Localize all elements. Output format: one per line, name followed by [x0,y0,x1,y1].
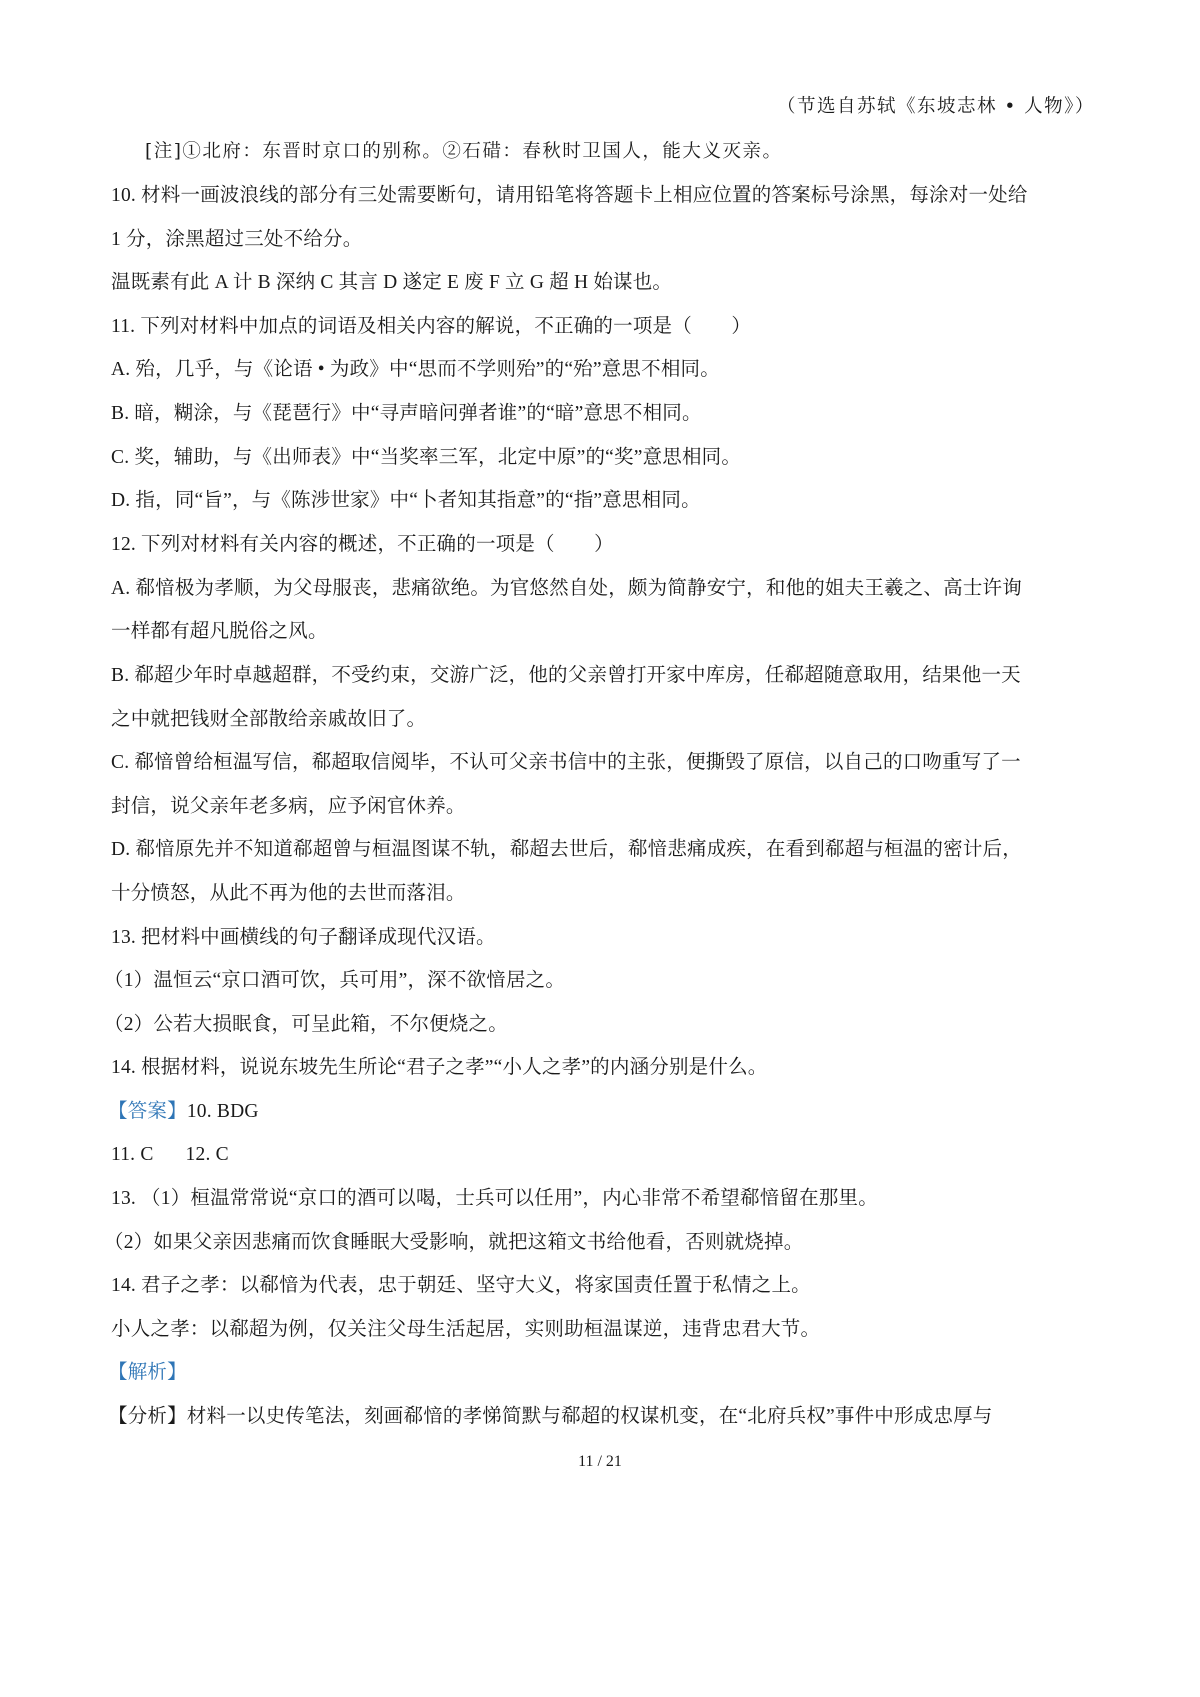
question-12-option-a-line1: A. 郗愔极为孝顺，为父母服丧，悲痛欲绝。为官悠然自处，颇为简静安宁，和他的姐夫… [111,576,1022,602]
question-12-option-a-line2: 一样都有超凡脱俗之风。 [111,619,328,645]
answer-q14-line2: 小人之孝：以郗超为例，仅关注父母生活起居，实则助桓温谋逆，违背忠君大节。 [111,1317,820,1343]
question-12-option-b-line2: 之中就把钱财全部散给亲戚故旧了。 [111,707,426,733]
question-10-stem-line2: 1 分，涂黑超过三处不给分。 [111,227,362,253]
analysis-line1: 【分析】材料一以史传笔法，刻画郗愔的孝悌简默与郗超的权谋机变，在“北府兵权”事件… [108,1404,993,1430]
answer-q13-1: 13. （1）桓温常常说“京口的酒可以喝，士兵可以任用”，内心非常不希望郗愔留在… [111,1186,878,1212]
question-11-option-a: A. 殆，几乎，与《论语 • 为政》中“思而不学则殆”的“殆”意思不相同。 [111,357,720,383]
question-12-option-d-line2: 十分愤怒，从此不再为他的去世而落泪。 [111,881,466,907]
question-13-item-2: （2）公若大损眠食，可呈此箱，不尔便烧之。 [104,1012,508,1038]
page-number: 11 / 21 [0,1452,1200,1472]
answer-q14-line1: 14. 君子之孝：以郗愔为代表，忠于朝廷、坚守大义，将家国责任置于私情之上。 [111,1273,811,1299]
question-10-stem-line1: 10. 材料一画波浪线的部分有三处需要断句，请用铅笔将答题卡上相应位置的答案标号… [111,183,1028,209]
question-10-sentence: 温既素有此 A 计 B 深纳 C 其言 D 遂定 E 废 F 立 G 超 H 始… [111,270,672,296]
question-11-option-d: D. 指，同“旨”，与《陈涉世家》中“卜者知其指意”的“指”意思相同。 [111,488,701,514]
answer-q13-2: （2）如果父亲因悲痛而饮食睡眠大受影响，就把这箱文书给他看，否则就烧掉。 [104,1230,803,1256]
question-13-stem: 13. 把材料中画横线的句子翻译成现代汉语。 [111,925,496,951]
answer-label: 【答案】 [108,1101,187,1122]
question-11-option-b: B. 暗，糊涂，与《琵琶行》中“寻声暗问弹者谁”的“暗”意思不相同。 [111,401,702,427]
question-11-option-c: C. 奖，辅助，与《出师表》中“当奖率三军，北定中原”的“奖”意思相同。 [111,445,741,471]
document-page: （节选自苏轼《东坡志林 • 人物》） [注]①北府：东晋时京口的别称。②石碏：春… [0,0,1200,1697]
answer-q12: 12. C [186,1144,229,1165]
question-12-option-c-line2: 封信，说父亲年老多病，应予闲官休养。 [111,794,466,820]
answer-block-header: 【答案】10. BDG [108,1099,259,1125]
answer-q11-q12-row: 11. C12. C [111,1142,229,1168]
question-12-stem: 12. 下列对材料有关内容的概述，不正确的一项是（ ） [111,532,614,558]
annotation-note: [注]①北府：东晋时京口的别称。②石碏：春秋时卫国人，能大义灭亲。 [145,139,782,165]
answer-q11: 11. C [111,1144,154,1165]
analysis-label: 【解析】 [108,1360,187,1386]
question-12-option-b-line1: B. 郗超少年时卓越超群，不受约束，交游广泛，他的父亲曾打开家中库房，任郗超随意… [111,663,1021,689]
answer-q10: 10. BDG [187,1101,259,1122]
question-13-item-1: （1）温恒云“京口酒可饮，兵可用”，深不欲愔居之。 [104,968,565,994]
source-citation: （节选自苏轼《东坡志林 • 人物》） [777,94,1095,120]
question-12-option-d-line1: D. 郗愔原先并不知道郗超曾与桓温图谋不轨，郗超去世后，郗愔悲痛成疾，在看到郗超… [111,837,1022,863]
question-14-stem: 14. 根据材料，说说东坡先生所论“君子之孝”“小人之孝”的内涵分别是什么。 [111,1055,767,1081]
question-11-stem: 11. 下列对材料中加点的词语及相关内容的解说，不正确的一项是（ ） [111,314,751,340]
question-12-option-c-line1: C. 郗愔曾给桓温写信，郗超取信阅毕，不认可父亲书信中的主张，便撕毁了原信，以自… [111,750,1021,776]
